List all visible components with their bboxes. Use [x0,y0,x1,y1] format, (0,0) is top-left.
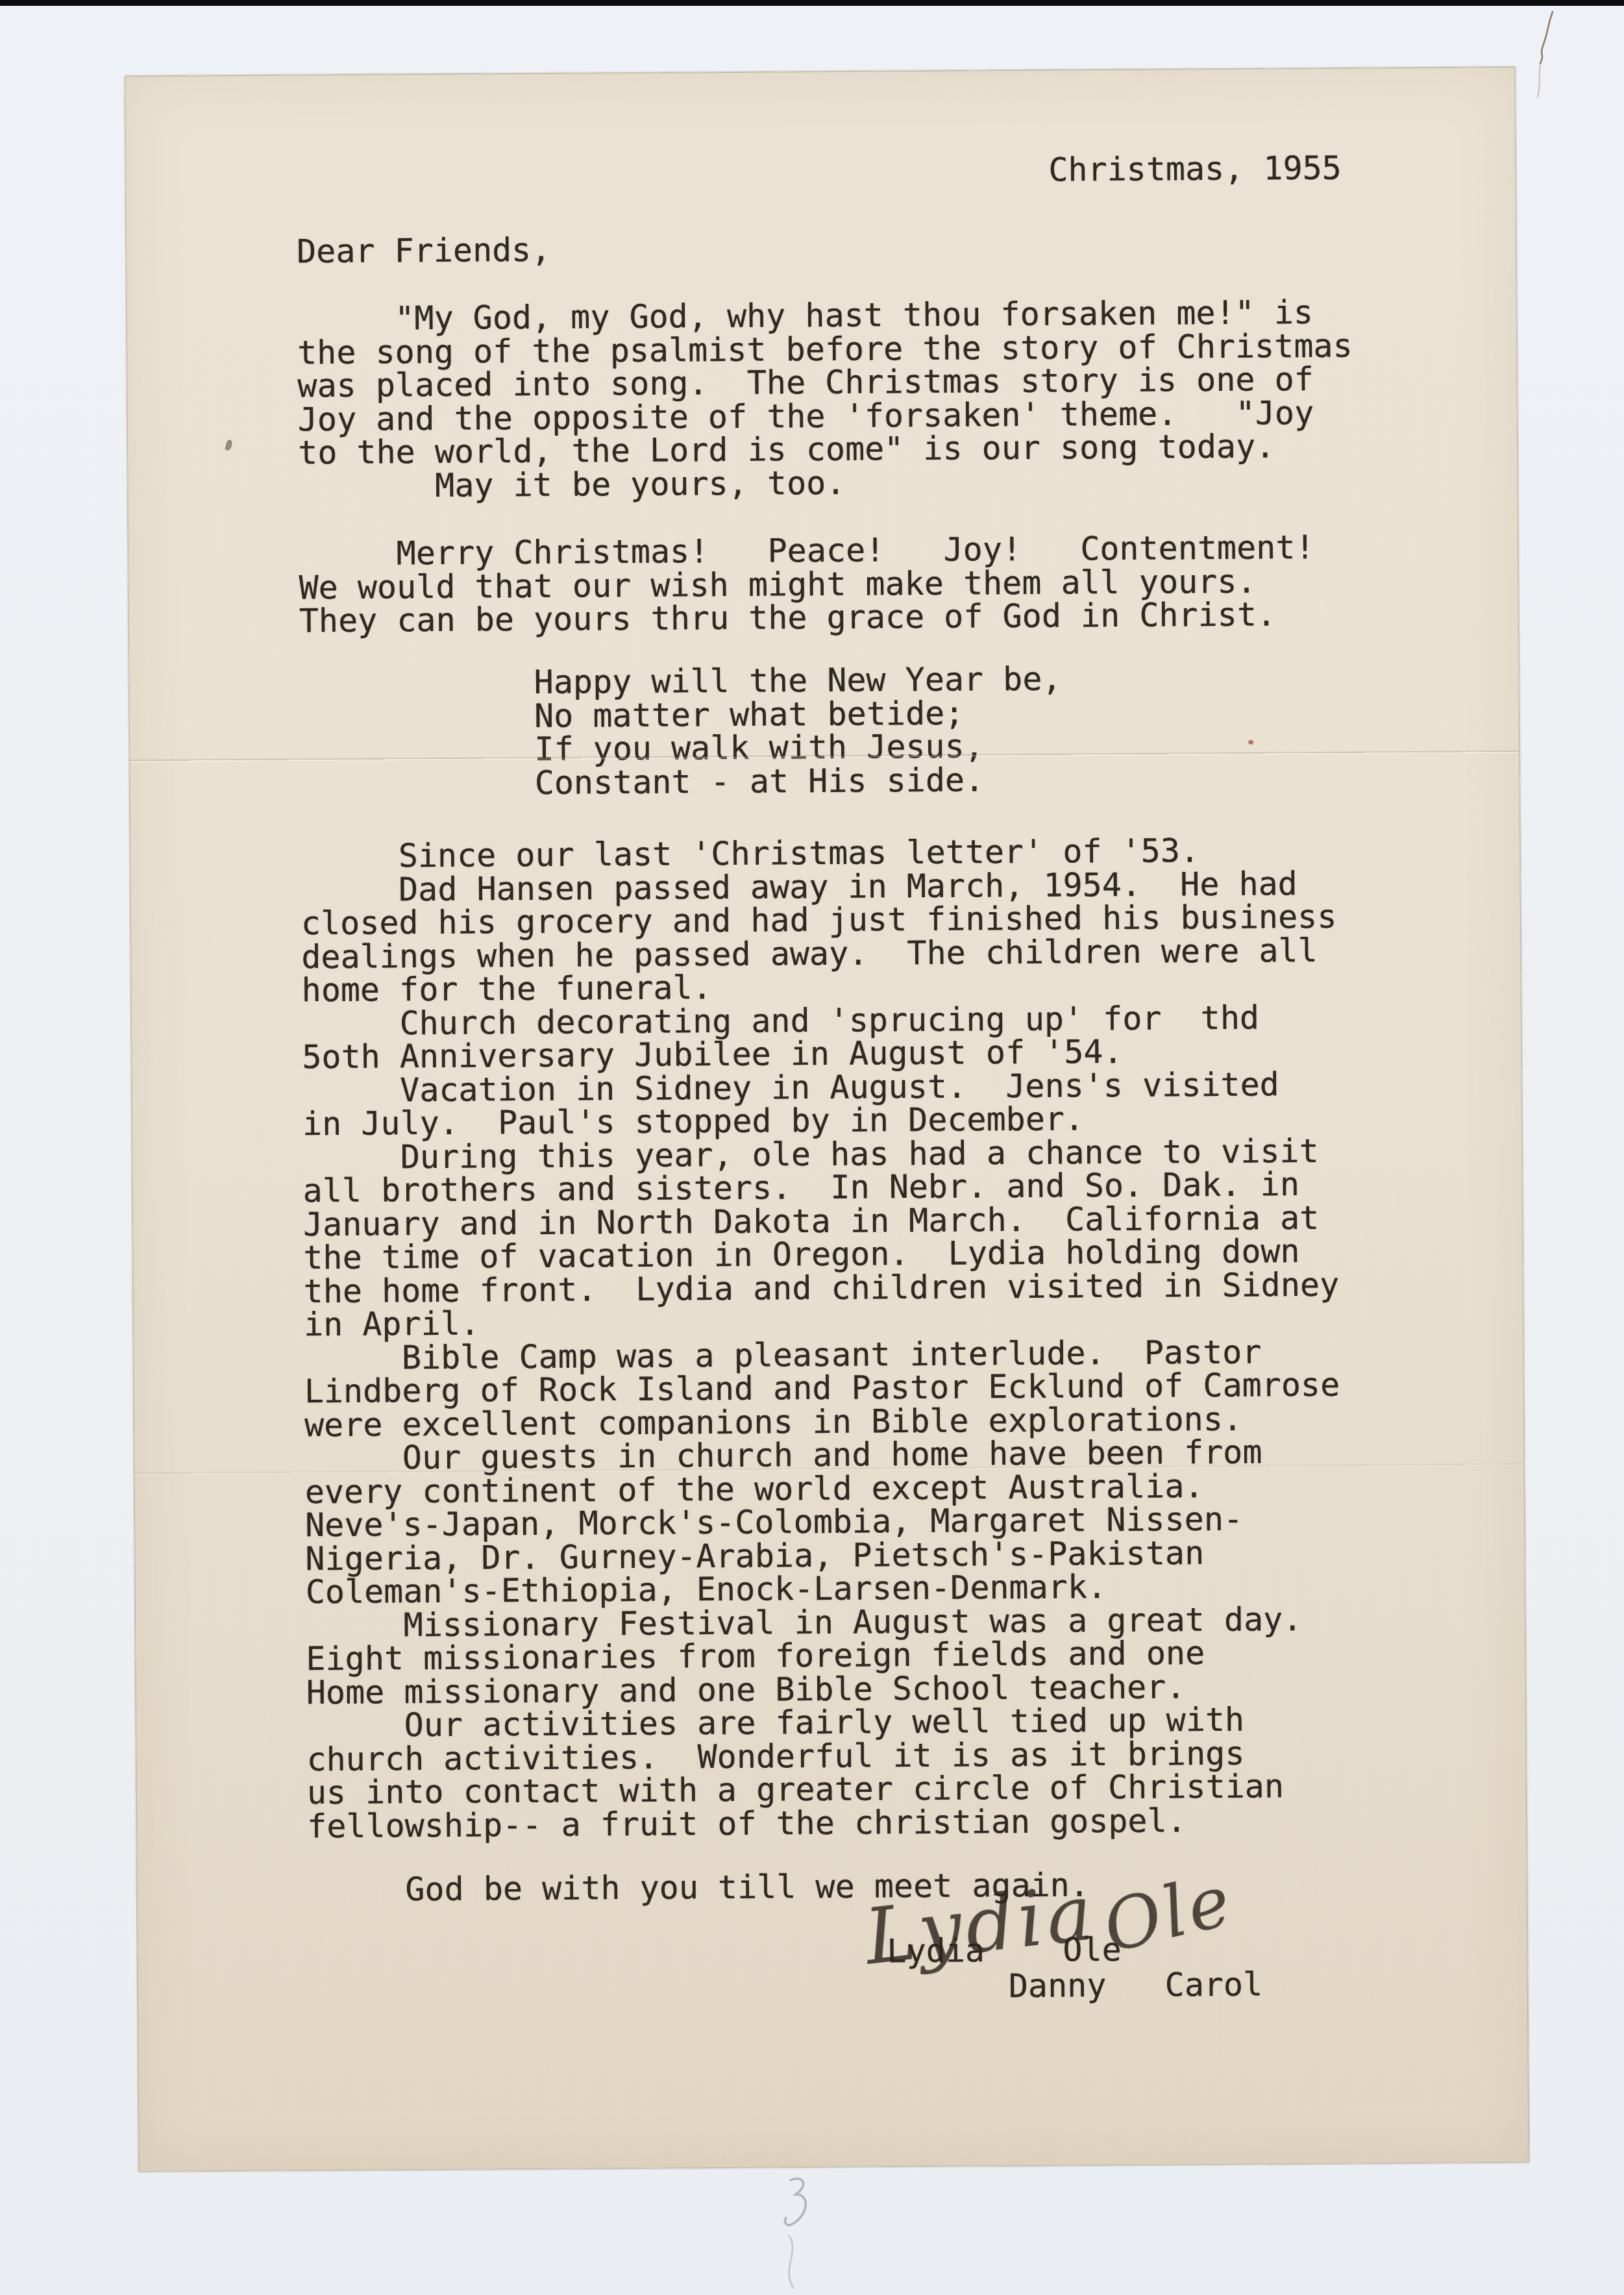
scan-background: Christmas, 1955 Dear Friends, "My God, m… [0,0,1624,2295]
stray-ink-mark [225,439,233,451]
news-paragraph: Since our last 'Christmas letter' of '53… [301,834,1343,1844]
poem-verse: Happy will the New Year be, No matter wh… [299,663,1062,802]
scratch-mark [1524,8,1559,102]
date-line: Christmas, 1955 [1048,152,1342,187]
letter-paper: Christmas, 1955 Dear Friends, "My God, m… [125,67,1529,2172]
handwritten-signature-ole: Ole [1096,1859,1240,1968]
opening-paragraph: "My God, my God, why hast thou forsaken … [297,296,1354,504]
salutation: Dear Friends, [297,234,551,269]
paper-speck [1248,740,1253,745]
pencil-squiggle-mark [766,2172,837,2292]
typed-signature-children: Danny Carol [1009,1968,1263,2003]
greetings-paragraph: Merry Christmas! Peace! Joy! Contentment… [299,531,1315,638]
scanner-edge-strip [0,0,1624,6]
